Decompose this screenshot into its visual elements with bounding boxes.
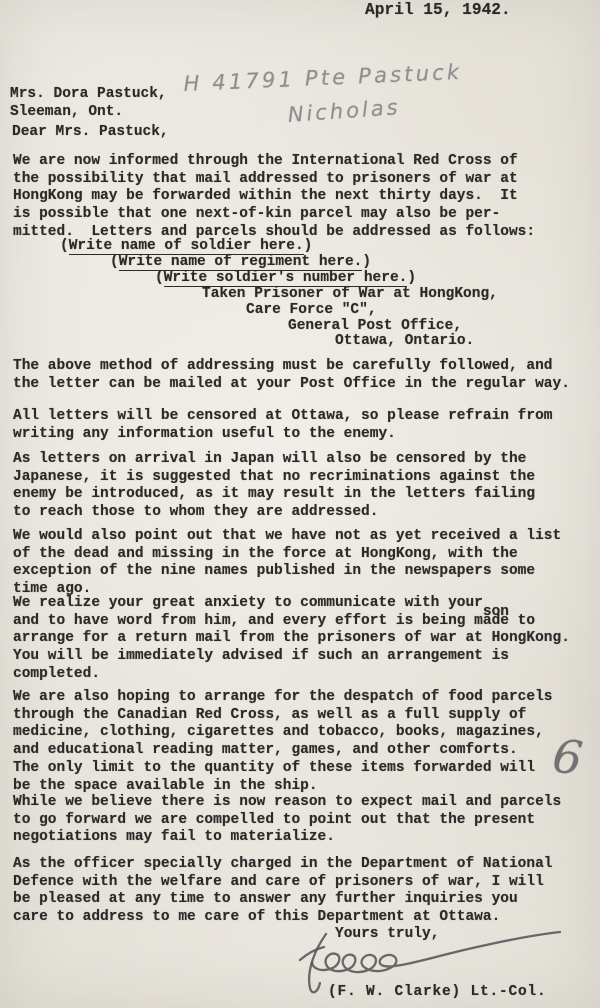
- address-line-regiment-name: (Write name of regiment here.): [110, 255, 371, 271]
- address-line-city: Ottawa, Ontario.: [335, 334, 474, 350]
- recipient-address: Mrs. Dora Pastuck, Sleeman, Ont.: [10, 86, 167, 121]
- underlined-text: Write name of soldier here.: [69, 238, 304, 255]
- paragraph-line: We realize your great anxiety to communi…: [13, 595, 483, 611]
- paragraph-return-mail: We realize your great anxiety to communi…: [13, 595, 570, 684]
- paragraph-censor-ottawa: All letters will be censored at Ottawa, …: [13, 408, 553, 443]
- address-line-soldier-name: (Write name of soldier here.): [60, 239, 312, 255]
- handwritten-margin-mark: 6: [550, 728, 586, 785]
- underlined-text: Write soldier's number here.: [164, 270, 408, 287]
- paren-close: ): [362, 254, 371, 270]
- paragraph-food-parcels: We are also hoping to arrange for the de…: [13, 689, 553, 795]
- paren-close: ): [407, 270, 416, 286]
- typed-insertion-son: son: [483, 604, 509, 620]
- typed-signature-name: (F. W. Clarke) Lt.-Col.: [328, 984, 547, 1002]
- salutation: Dear Mrs. Pastuck,: [12, 124, 169, 142]
- paragraph-officer-duties: As the officer specially charged in the …: [13, 856, 553, 927]
- date-line: April 15, 1942.: [365, 1, 511, 20]
- paragraph-censor-japan: As letters on arrival in Japan will also…: [13, 451, 535, 522]
- paren-open: (: [155, 270, 164, 286]
- address-line-care-force: Care Force "C",: [246, 303, 377, 319]
- paragraph-dead-missing-list: We would also point out that we have not…: [13, 528, 561, 599]
- underlined-text: Write name of regiment here.: [119, 254, 363, 271]
- handwritten-service-number: H 41791 Pte Pastuck: [183, 60, 463, 96]
- letter-sheet: April 15, 1942. Mrs. Dora Pastuck, Sleem…: [0, 0, 600, 1008]
- address-line-soldier-number: (Write soldier's number here.): [155, 271, 416, 287]
- handwritten-given-name: Nicholas: [287, 95, 401, 127]
- paren-close: ): [304, 238, 313, 254]
- paragraph-mail-forwarding: We are now informed through the Internat…: [13, 153, 535, 242]
- paragraph-continuation: and to have word from him, and every eff…: [13, 613, 570, 682]
- address-line-taken-prisoner: Taken Prisoner of War at HongKong,: [202, 287, 498, 303]
- paren-open: (: [60, 238, 69, 254]
- paragraph-addressing-method: The above method of addressing must be c…: [13, 358, 570, 393]
- paragraph-negotiations: While we believe there is now reason to …: [13, 794, 561, 847]
- paren-open: (: [110, 254, 119, 270]
